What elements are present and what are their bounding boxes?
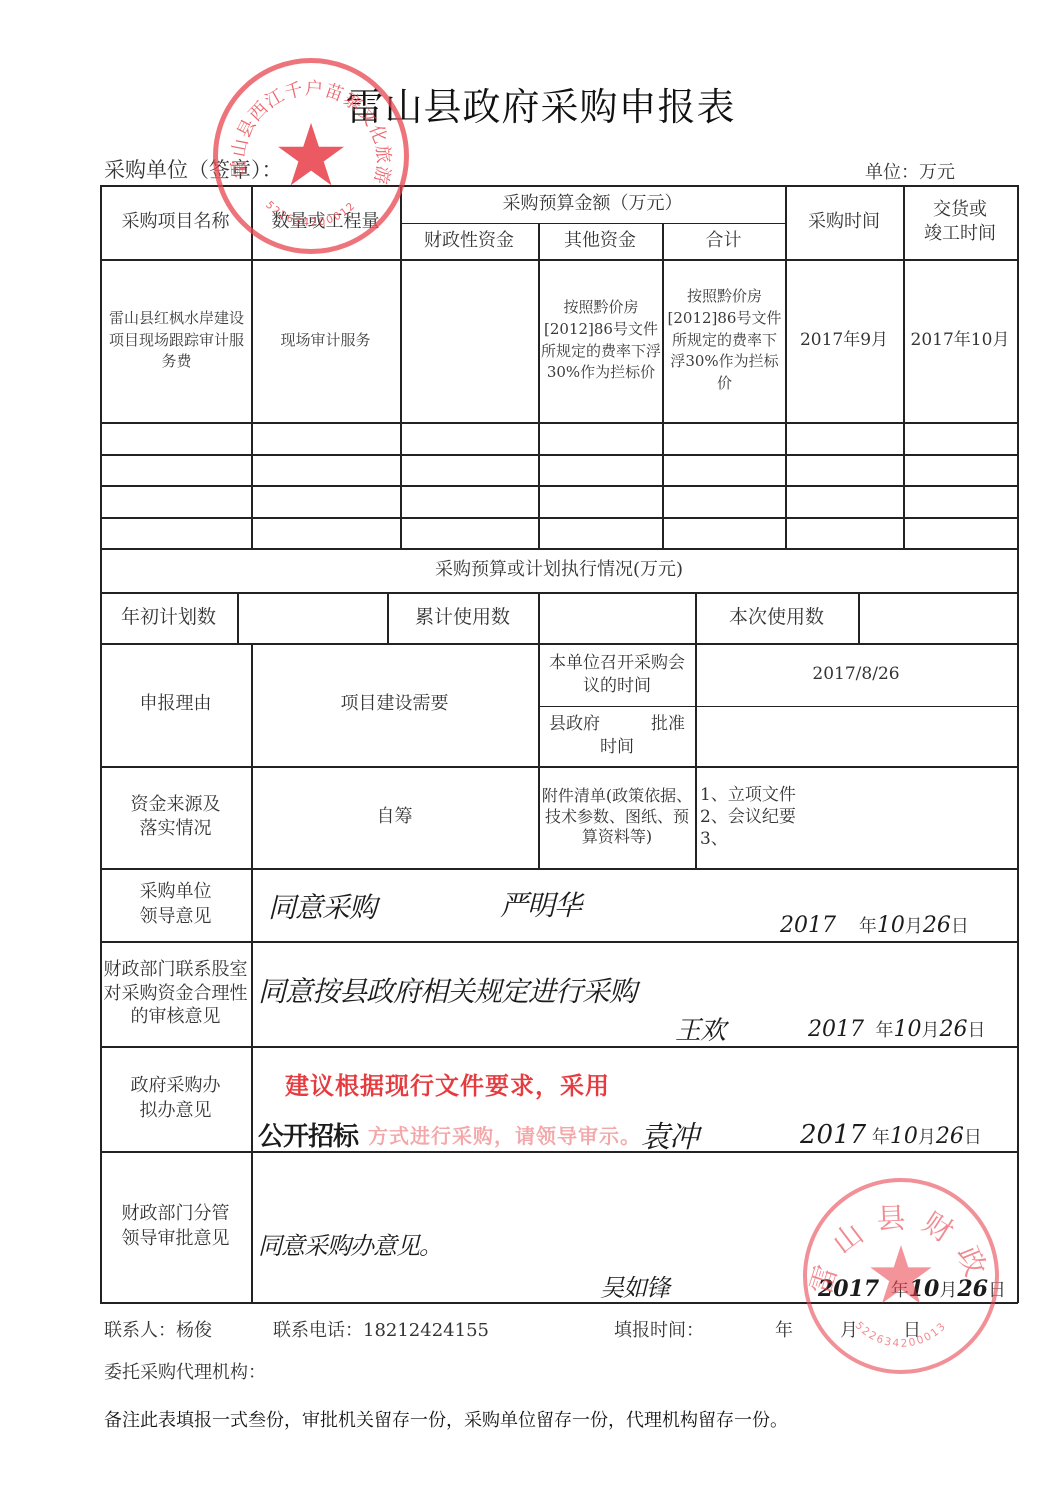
fill-time-year: 年 [775,1316,793,1342]
opinion-handwriting: 公开招标 [258,1116,358,1153]
current-usage-value [858,592,1017,643]
opinion-label-purchasing-unit: 采购单位 领导意见 [100,868,251,941]
opinion-date: 2017 年10月26日 [808,1016,985,1042]
approval-time-label: 县政府 批准时间 [542,706,692,766]
col-header-fiscal-funds: 财政性资金 [400,223,538,259]
col-header-total: 合计 [662,223,785,259]
reason-value: 项目建设需要 [251,643,538,766]
opinion-stamp-text: 建议根据现行文件要求，采用 [285,1066,610,1101]
opinion-date: 2017 年10月26日 [818,1276,1006,1302]
svg-text:5226342000138: 5226342000138 [807,1182,949,1350]
opinion-label-finance-office: 财政部门联系股室对采购资金合理性的审核意见 [100,941,251,1046]
item-total-cell: 按照黔价房[2012]86号文件所规定的费率下浮30%作为拦标价 [665,259,784,422]
col-header-other-funds: 其他资金 [538,223,662,259]
remark-note: 备注此表填报一式叁份，审批机关留存一份，采购单位留存一份，代理机构留存一份。 [104,1406,788,1432]
contact-person: 联系人：杨俊 [104,1316,212,1342]
signature: 袁冲 [640,1112,698,1156]
meeting-time-value: 2017/8/26 [695,643,1017,706]
table-row [100,485,1018,517]
col-header-budget-group: 采购预算金额（万元） [400,185,785,223]
opinion-stamp-faded-text: 方式进行采购，请领导审示。 [368,1120,641,1149]
annual-plan-label: 年初计划数 [100,592,237,643]
opinion-label-procurement-office: 政府采购办 拟办意见 [100,1046,251,1151]
execution-section-title: 采购预算或计划执行情况(万元) [100,548,1018,592]
signature: 王欢 [675,1010,725,1047]
contact-phone: 联系电话：18212424155 [273,1316,489,1342]
funding-source-value: 自筹 [251,766,538,868]
table-row [100,454,1018,485]
current-usage-label: 本次使用数 [695,592,858,643]
cumulative-usage-label: 累计使用数 [387,592,538,643]
item-purchase-time-cell: 2017年9月 [785,259,903,422]
purchasing-unit-label: 采购单位（签章）： [104,154,283,184]
item-delivery-time-cell: 2017年10月 [903,259,1017,422]
approval-time-value [695,706,1017,766]
funding-source-label: 资金来源及 落实情况 [100,766,251,868]
attachment-item: 1、立项文件 [700,784,796,806]
opinion-handwriting: 同意采购 [268,886,376,926]
opinion-date: 2017 年10月26日 [780,912,969,938]
item-name-cell: 雷山县红枫水岸建设项目现场跟踪审计服务费 [104,259,249,422]
col-header-item-name: 采购项目名称 [100,185,251,259]
fill-time-day: 日 [903,1316,921,1342]
item-quantity-cell: 现场审计服务 [251,259,400,422]
cumulative-usage-value [538,592,695,643]
agency-label: 委托采购代理机构： [104,1358,266,1384]
reason-label: 申报理由 [100,643,251,766]
col-header-purchase-time: 采购时间 [785,185,903,259]
attachments-label: 附件清单(政策依据、技术参数、图纸、预算资料等) [541,766,693,868]
annual-plan-value [237,592,387,643]
attachments-list: 1、立项文件 2、会议纪要 3、 [700,784,796,850]
signature: 吴如锋 [600,1268,669,1303]
opinion-handwriting: 同意按县政府相关规定进行采购 [258,970,636,1010]
opinion-date: 2017 年10月26日 [800,1120,982,1150]
fill-time-label: 填报时间： [614,1316,704,1342]
item-other-funds-cell: 按照黔价房[2012]86号文件所规定的费率下浮30%作为拦标价 [541,259,661,422]
opinion-label-finance-leader: 财政部门分管 领导审批意见 [100,1151,251,1302]
item-fiscal-funds-cell [400,259,538,422]
currency-unit-label: 单位：万元 [865,158,955,184]
fill-time-month: 月 [840,1316,858,1342]
meeting-time-label: 本单位召开采购会议的时间 [542,643,692,706]
attachment-item: 3、 [700,828,796,850]
page-title: 雷山县政府采购申报表 [0,76,1061,131]
opinion-handwriting: 同意采购办意见。 [258,1226,442,1261]
col-header-quantity: 数量或工程量 [251,185,400,259]
table-row [100,517,1018,548]
signature: 严明华 [500,884,581,924]
attachment-item: 2、会议纪要 [700,806,796,828]
col-header-delivery-time: 交货或 竣工时间 [903,185,1017,259]
table-row [100,422,1018,454]
